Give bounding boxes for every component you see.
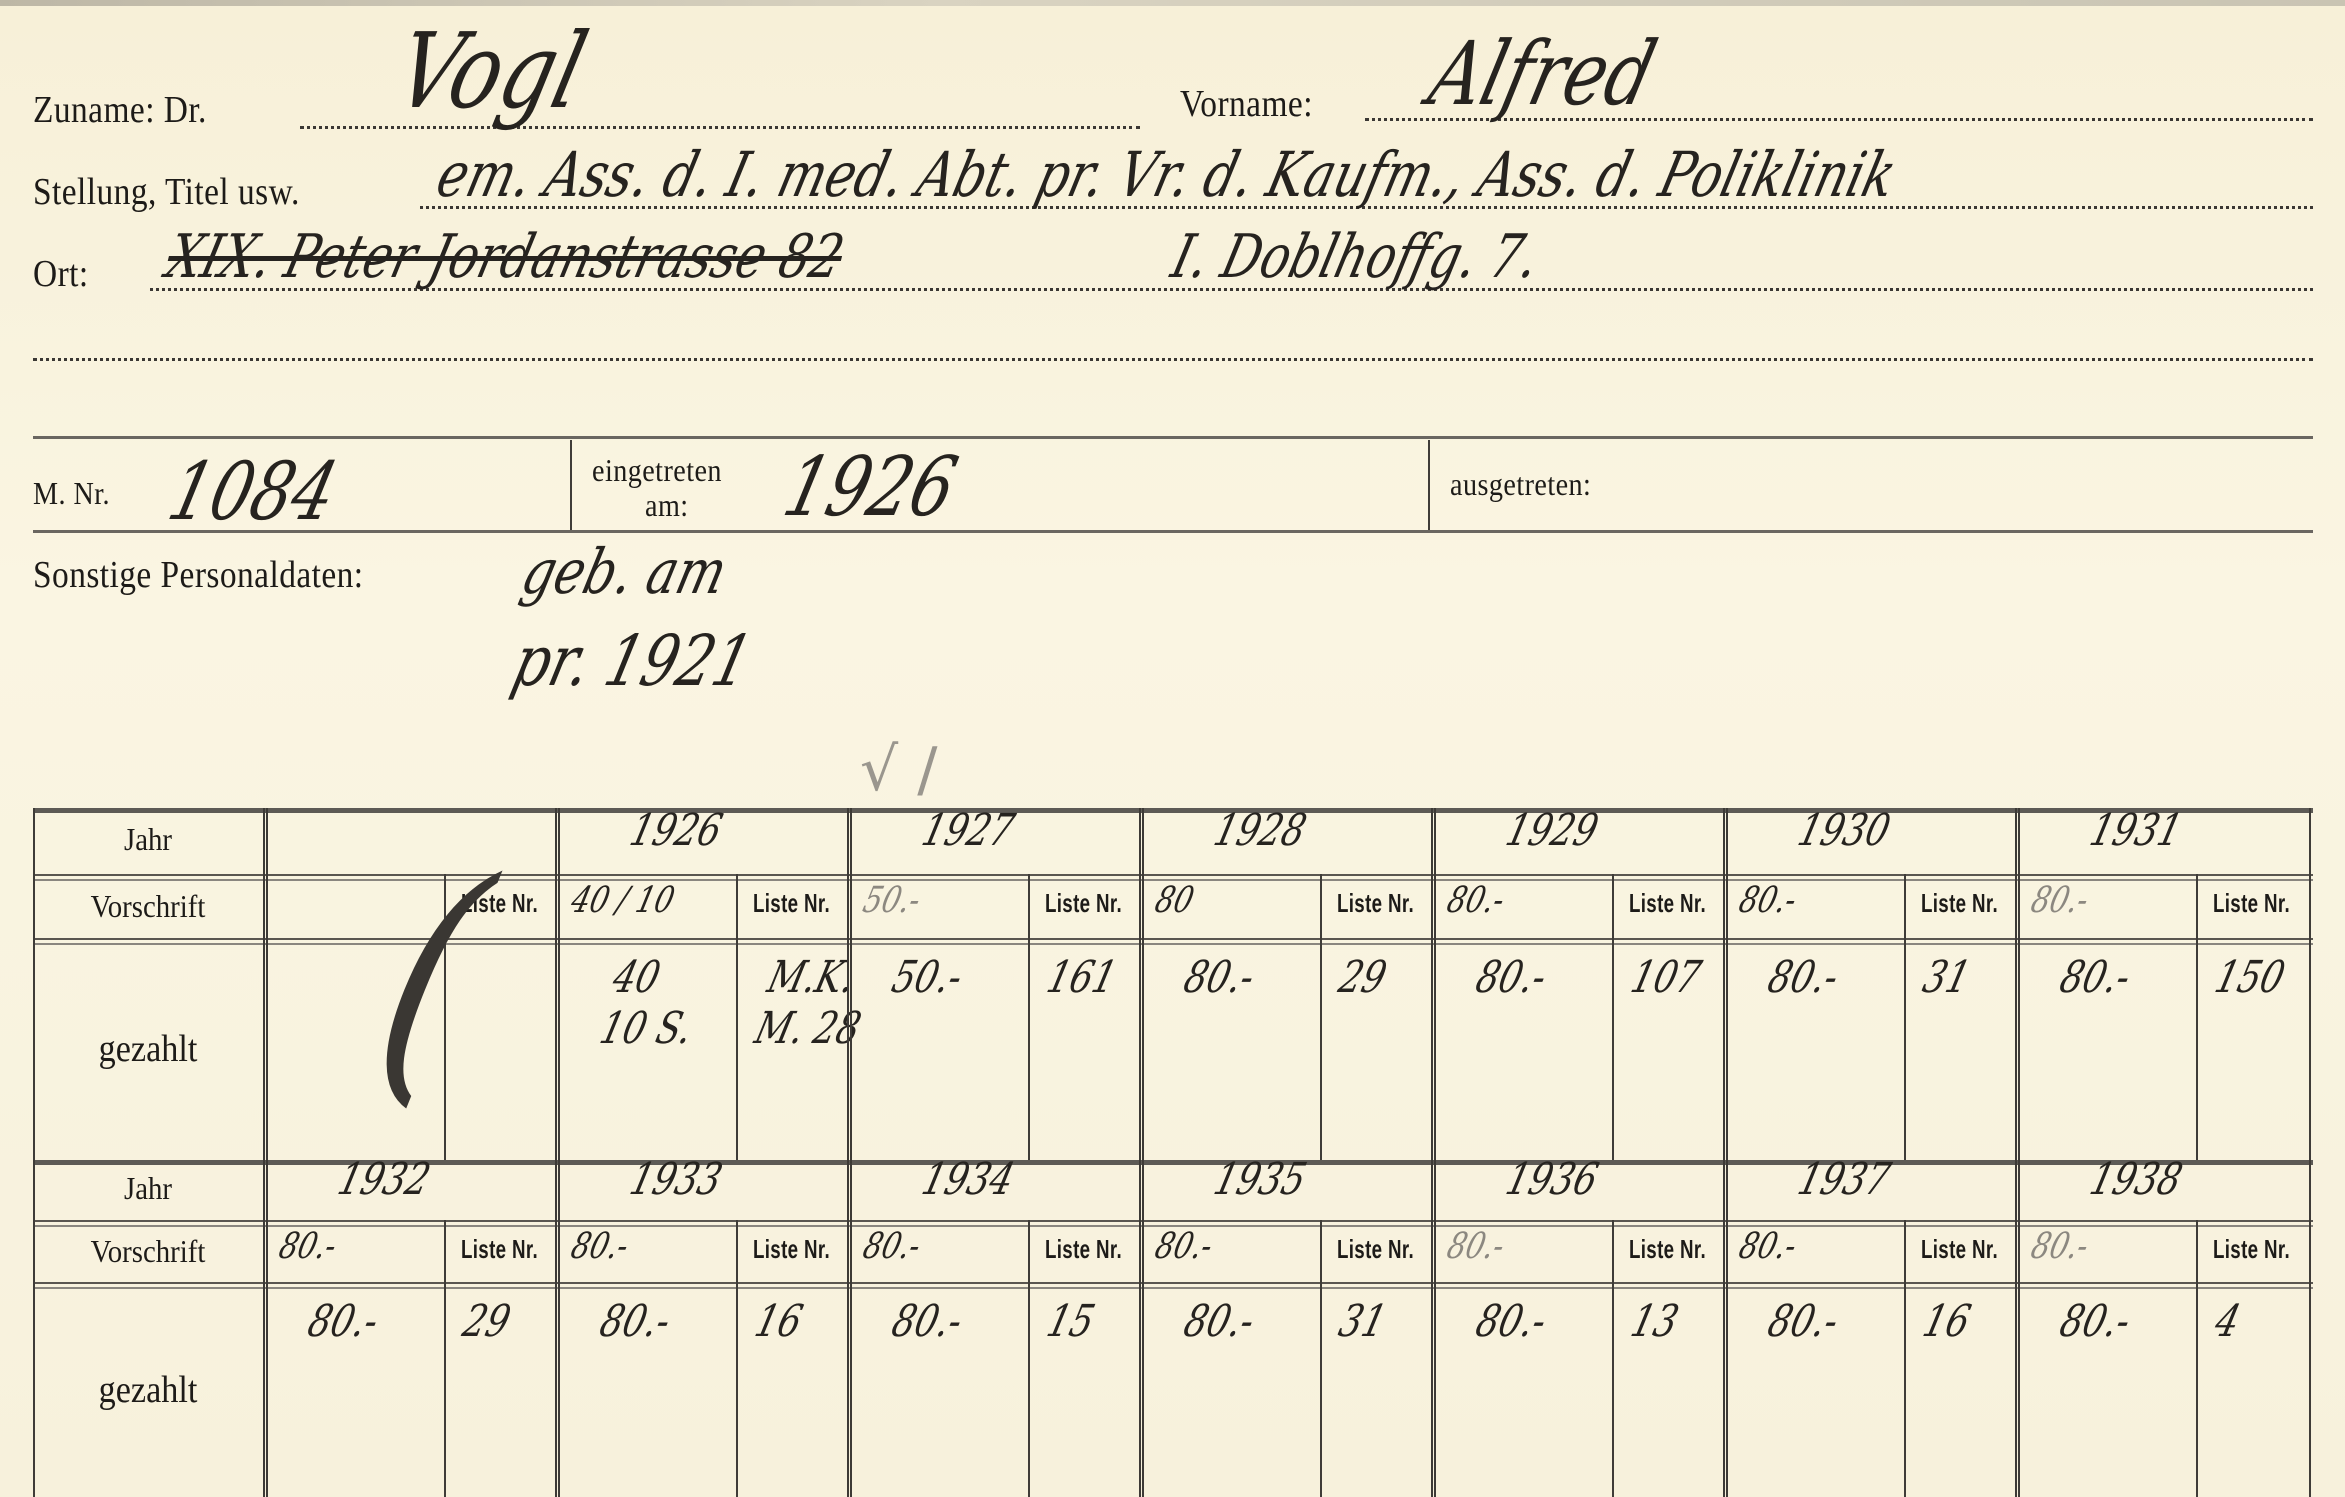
year-divider	[2015, 1160, 2020, 1497]
year-value: 1934	[917, 1154, 1019, 1205]
check-mark: √ /	[860, 735, 938, 805]
year-value: 1926	[625, 805, 727, 856]
row-label-jahr: Jahr	[45, 821, 252, 858]
year-group: Liste Nr.(	[263, 808, 555, 1160]
liste-divider	[736, 874, 738, 1160]
liste-value: 150	[2210, 952, 2290, 1003]
liste-value: 13	[1626, 1296, 1684, 1347]
gezahlt-value: 80.-	[2055, 952, 2136, 1003]
gezahlt-value: 80.-	[887, 1296, 968, 1347]
table-right-border	[2309, 1160, 2311, 1497]
year-value: 1936	[1501, 1154, 1603, 1205]
gezahlt-value: 80.-	[1763, 952, 1844, 1003]
ort-struck-value: XIX. Peter Jordanstrasse 82	[160, 222, 851, 292]
year-group: 193380.-Liste Nr.80.-16	[555, 1160, 847, 1497]
year-group: 193280.-Liste Nr.80.-29	[263, 1160, 555, 1497]
liste-value: 16	[750, 1296, 808, 1347]
gezahlt-value: 40 10 S.	[595, 952, 710, 1054]
year-value: 1928	[1209, 805, 1311, 856]
liste-divider	[1320, 874, 1322, 1160]
year-group: 193080.-Liste Nr.80.-31	[1723, 808, 2015, 1160]
ort-label: Ort:	[33, 252, 89, 296]
liste-divider	[736, 1220, 738, 1497]
liste-divider	[1028, 874, 1030, 1160]
liste-header: Liste Nr.	[460, 1234, 540, 1265]
year-value: 1927	[917, 805, 1019, 856]
year-divider	[847, 808, 852, 1160]
liste-value: 29	[458, 1296, 516, 1347]
liste-divider	[1904, 1220, 1906, 1497]
year-divider	[1431, 1160, 1436, 1497]
liste-header: Liste Nr.	[1044, 1234, 1124, 1265]
year-divider	[263, 1160, 268, 1497]
vorschrift-value: 80.-	[859, 1226, 925, 1267]
gezahlt-value: 80.-	[1471, 1296, 1552, 1347]
year-divider	[263, 808, 268, 1160]
year-divider	[847, 1160, 852, 1497]
blank-line	[33, 358, 2313, 361]
liste-value: 15	[1042, 1296, 1100, 1347]
liste-value: 161	[1042, 952, 1122, 1003]
membership-card: Zuname: Dr. Vogl Vorname: Alfred Stellun…	[0, 0, 2345, 1497]
row-label-gezahlt: gezahlt	[45, 1027, 252, 1071]
eingetreten-am-label: am:	[645, 487, 689, 524]
row-label-jahr: Jahr	[45, 1170, 252, 1207]
vorschrift-value: 80.-	[1443, 880, 1509, 921]
year-group: 193880.-Liste Nr.80.-4	[2015, 1160, 2307, 1497]
row-label-gezahlt: gezahlt	[45, 1368, 252, 1412]
ledger-table-1932-1938: JahrVorschriftgezahlt193280.-Liste Nr.80…	[33, 1160, 2313, 1497]
year-divider	[1723, 1160, 1728, 1497]
vorschrift-value: 80.-	[1443, 1226, 1509, 1267]
gezahlt-value: 50.-	[887, 952, 968, 1003]
vorschrift-value: 40 / 10	[567, 880, 679, 921]
year-divider	[1139, 1160, 1144, 1497]
sonstige-value-1: geb. am	[515, 535, 734, 608]
liste-divider	[1612, 1220, 1614, 1497]
gezahlt-value: 80.-	[303, 1296, 384, 1347]
sonstige-label: Sonstige Personaldaten:	[33, 553, 364, 597]
liste-divider	[1904, 874, 1906, 1160]
liste-value: 107	[1626, 952, 1706, 1003]
liste-value: 29	[1334, 952, 1392, 1003]
liste-divider	[1612, 874, 1614, 1160]
vorschrift-value: 80.-	[1735, 1226, 1801, 1267]
year-divider	[1723, 808, 1728, 1160]
liste-divider	[444, 1220, 446, 1497]
vorschrift-value: 80	[1151, 880, 1198, 921]
liste-value: 31	[1918, 952, 1976, 1003]
liste-divider	[1320, 1220, 1322, 1497]
vorschrift-value: 80.-	[567, 1226, 633, 1267]
ort-value: I. Doblhoffg. 7.	[1165, 222, 1546, 292]
eingetreten-divider	[1428, 440, 1430, 530]
vorschrift-value: 80.-	[275, 1226, 341, 1267]
table-left-border	[33, 808, 35, 1160]
year-group: 193580.-Liste Nr.80.-31	[1139, 1160, 1431, 1497]
liste-header: Liste Nr.	[1044, 888, 1124, 919]
gezahlt-value: 80.-	[1179, 952, 1260, 1003]
vorschrift-value: 80.-	[1151, 1226, 1217, 1267]
zuname-label: Zuname: Dr.	[33, 88, 207, 132]
table-right-border	[2309, 808, 2311, 1160]
liste-header: Liste Nr.	[1628, 1234, 1708, 1265]
vorname-value: Alfred	[1420, 22, 1665, 125]
gezahlt-value: 80.-	[1471, 952, 1552, 1003]
year-group: 193780.-Liste Nr.80.-16	[1723, 1160, 2015, 1497]
vorschrift-value: 50.-	[859, 880, 925, 921]
ledger-table-1926-1931: JahrVorschriftgezahltListe Nr.(192640 / …	[33, 808, 2313, 1160]
liste-header: Liste Nr.	[1920, 888, 2000, 919]
year-divider	[1139, 808, 1144, 1160]
liste-header: Liste Nr.	[1920, 1234, 2000, 1265]
zuname-value: Vogl	[385, 10, 598, 132]
gezahlt-value: 80.-	[595, 1296, 676, 1347]
mnr-value: 1084	[160, 445, 346, 538]
year-value: 1930	[1793, 805, 1895, 856]
liste-divider	[2196, 874, 2198, 1160]
year-group: 193180.-Liste Nr.80.-150	[2015, 808, 2307, 1160]
row-label-vorschrift: Vorschrift	[45, 1233, 252, 1270]
sonstige-value-2: pr. 1921	[505, 620, 760, 702]
liste-header: Liste Nr.	[752, 888, 832, 919]
eingetreten-value: 1926	[775, 440, 966, 535]
eingetreten-label: eingetreten	[592, 452, 722, 489]
year-value: 1938	[2085, 1154, 2187, 1205]
year-divider	[555, 808, 560, 1160]
liste-header: Liste Nr.	[1336, 1234, 1416, 1265]
bracket-mark: (	[353, 828, 509, 1130]
liste-header: Liste Nr.	[2212, 888, 2292, 919]
year-value: 1933	[625, 1154, 727, 1205]
year-group: 192750.-Liste Nr.50.-161	[847, 808, 1139, 1160]
ausgetreten-label: ausgetreten:	[1450, 466, 1591, 503]
year-group: 192640 / 10Liste Nr.40 10 S.M.K. M. 28	[555, 808, 847, 1160]
year-value: 1932	[333, 1154, 435, 1205]
stellung-value: em. Ass. d. I. med. Abt. pr. Vr. d. Kauf…	[430, 138, 1903, 211]
vorschrift-value: 80.-	[1735, 880, 1801, 921]
liste-divider	[1028, 1220, 1030, 1497]
liste-value: 16	[1918, 1296, 1976, 1347]
year-divider	[555, 1160, 560, 1497]
liste-value: 31	[1334, 1296, 1392, 1347]
year-group: 193680.-Liste Nr.80.-13	[1431, 1160, 1723, 1497]
card-top-edge	[0, 0, 2345, 6]
vorschrift-value: 80.-	[2027, 880, 2093, 921]
year-value: 1935	[1209, 1154, 1311, 1205]
mnr-row-bottom-rule	[33, 530, 2313, 533]
year-value: 1929	[1501, 805, 1603, 856]
year-group: 193480.-Liste Nr.80.-15	[847, 1160, 1139, 1497]
gezahlt-value: 80.-	[1763, 1296, 1844, 1347]
liste-header: Liste Nr.	[1628, 888, 1708, 919]
mnr-divider	[570, 440, 572, 530]
liste-header: Liste Nr.	[752, 1234, 832, 1265]
mnr-row-top-rule	[33, 436, 2313, 439]
gezahlt-value: 80.-	[2055, 1296, 2136, 1347]
vorschrift-value: 80.-	[2027, 1226, 2093, 1267]
liste-header: Liste Nr.	[1336, 888, 1416, 919]
mnr-label: M. Nr.	[33, 475, 110, 512]
year-group: 192880Liste Nr.80.-29	[1139, 808, 1431, 1160]
vorname-label: Vorname:	[1180, 82, 1313, 126]
stellung-label: Stellung, Titel usw.	[33, 170, 300, 214]
liste-divider	[2196, 1220, 2198, 1497]
row-label-vorschrift: Vorschrift	[45, 888, 252, 925]
liste-value: 4	[2210, 1296, 2245, 1347]
year-value: 1931	[2085, 805, 2187, 856]
year-divider	[1431, 808, 1436, 1160]
liste-header: Liste Nr.	[2212, 1234, 2292, 1265]
table-left-border	[33, 1160, 35, 1497]
gezahlt-value: 80.-	[1179, 1296, 1260, 1347]
year-value: 1937	[1793, 1154, 1895, 1205]
year-group: 192980.-Liste Nr.80.-107	[1431, 808, 1723, 1160]
year-divider	[2015, 808, 2020, 1160]
